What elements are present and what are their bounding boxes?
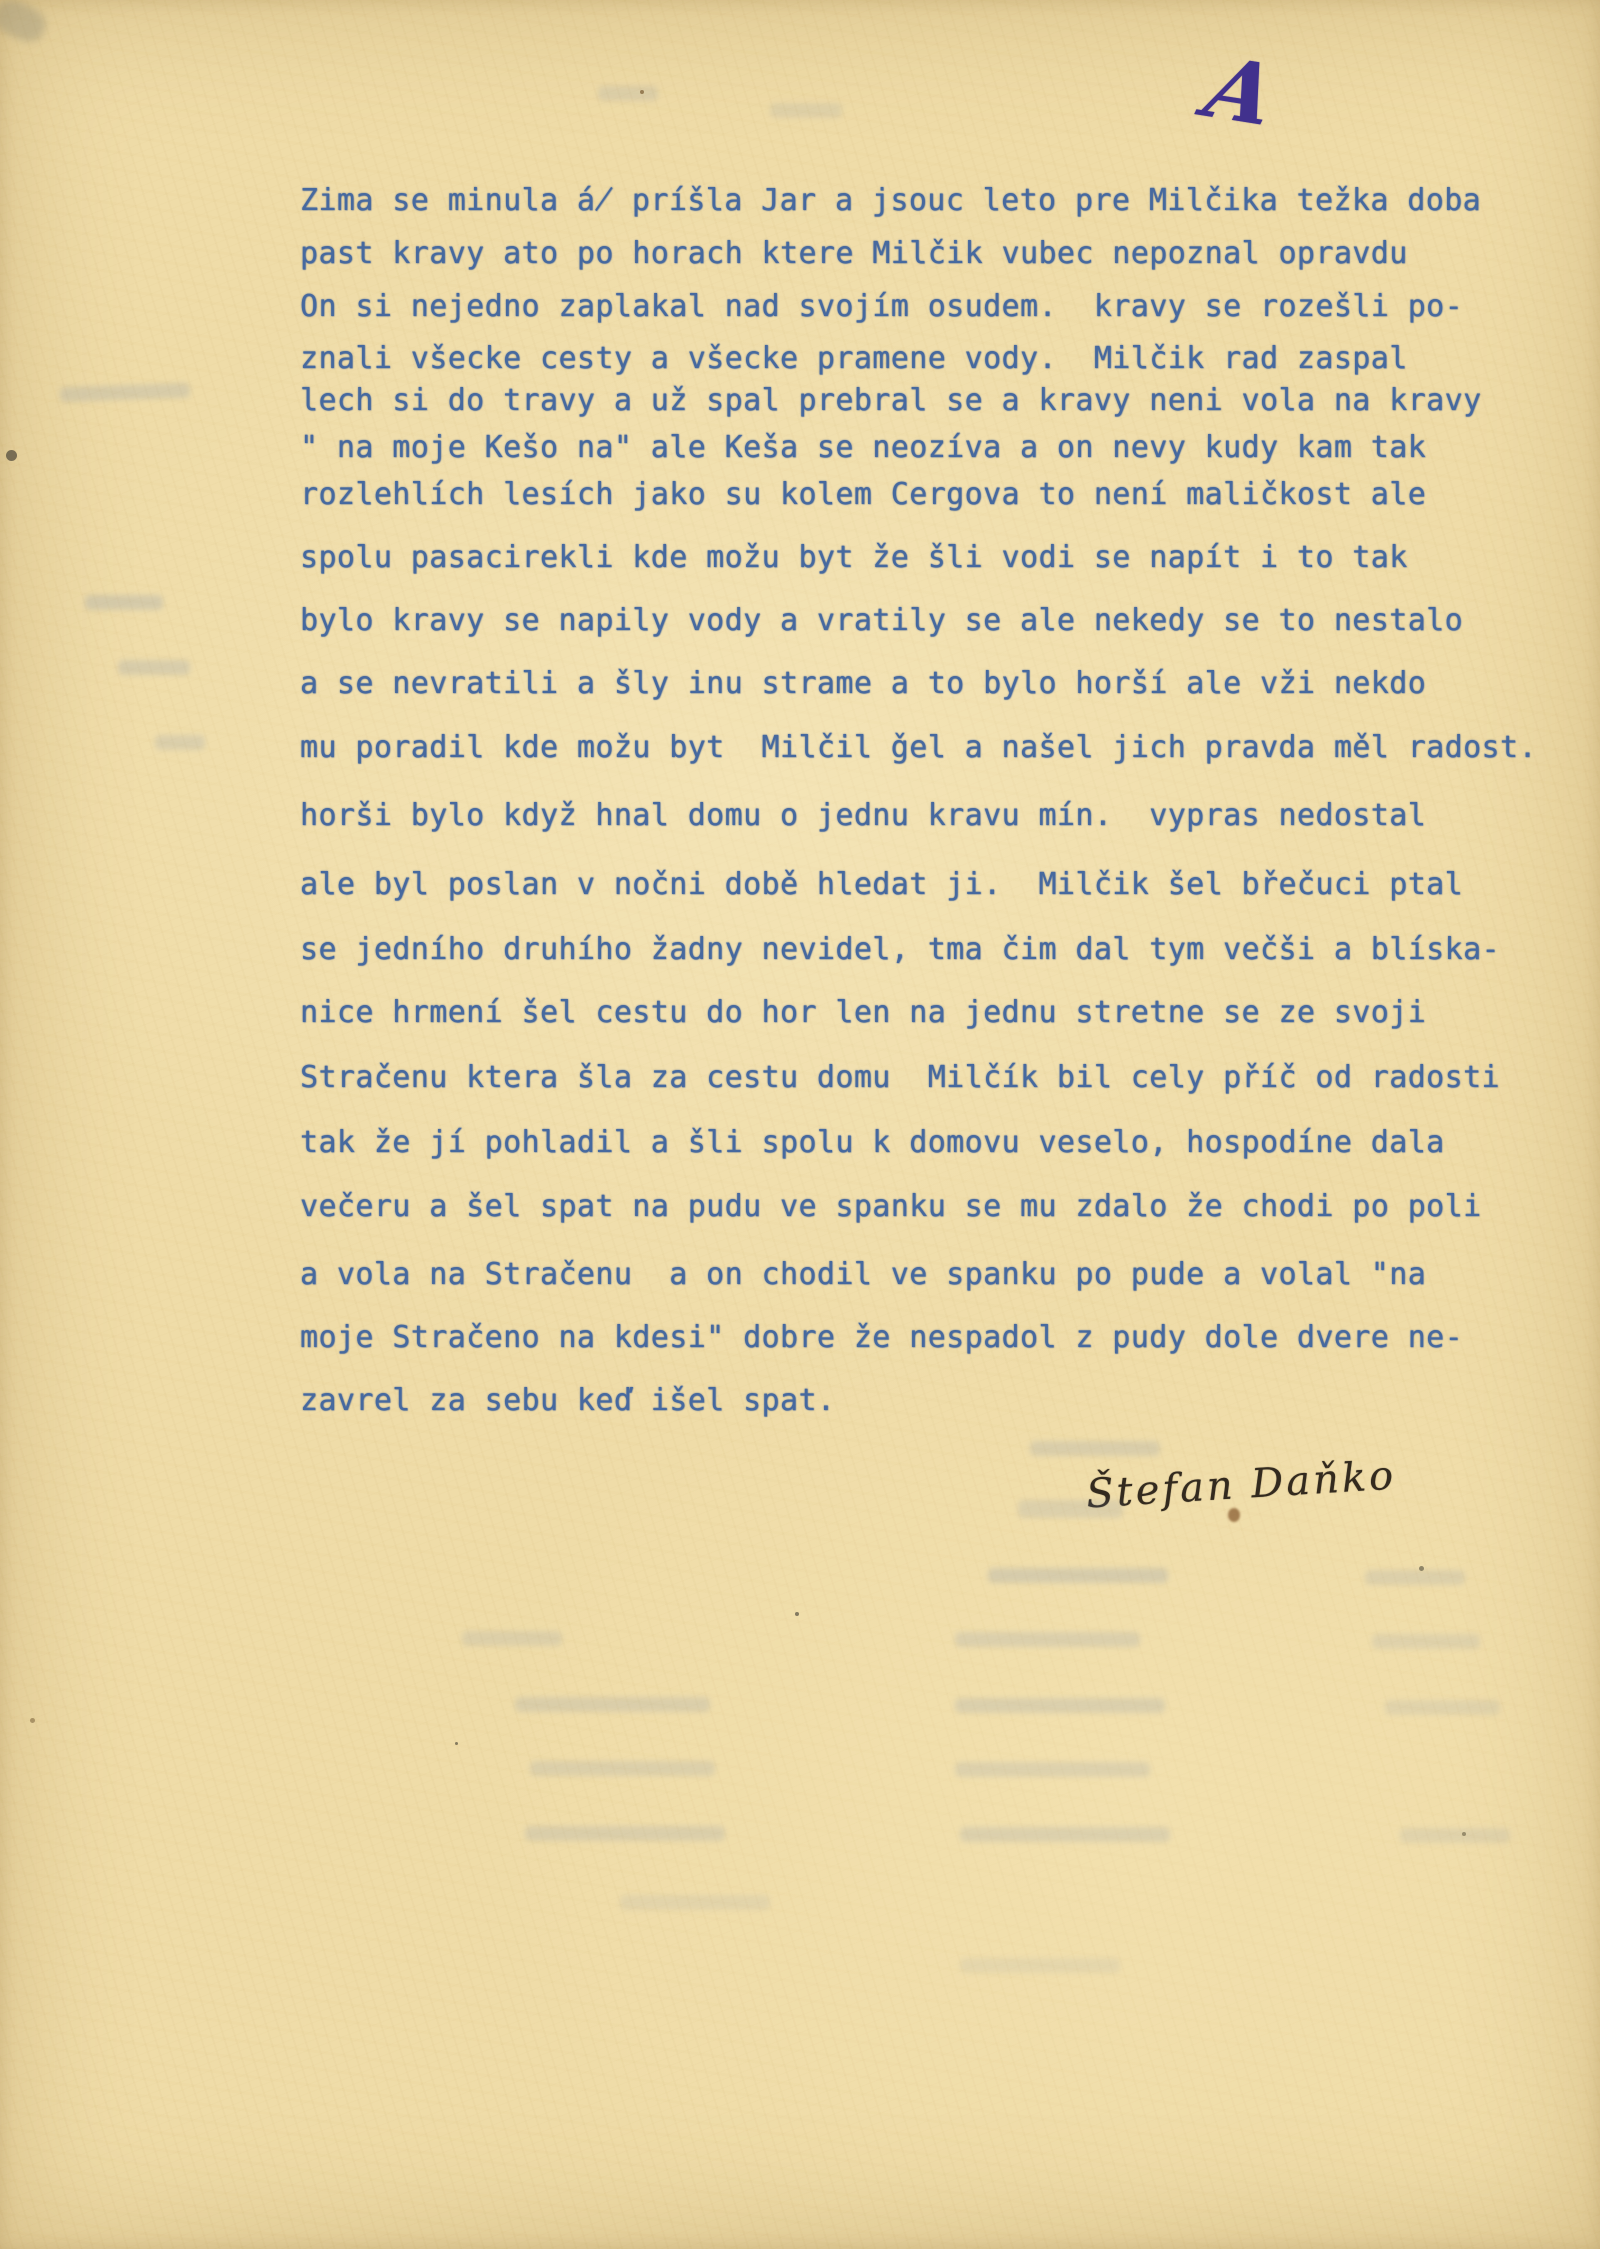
ink-smudge xyxy=(462,1631,562,1646)
signature: Štefan Daňko xyxy=(1085,1453,1398,1518)
typed-line: lech si do travy a už spal prebral se a … xyxy=(300,384,1482,418)
ink-smudge xyxy=(1372,1634,1480,1649)
typed-line: " na moje Kešo na" ale Keša se neozíva a… xyxy=(300,431,1426,465)
typed-line: večeru a šel spat na pudu ve spanku se m… xyxy=(300,1190,1482,1224)
ink-smudge xyxy=(955,1762,1150,1777)
ink-smudge xyxy=(955,1698,1165,1713)
typed-line: past kravy ato po horach ktere Milčik vu… xyxy=(300,237,1408,271)
ink-smudge xyxy=(960,1827,1170,1842)
ink-smudge xyxy=(620,1895,770,1910)
ink-smudge xyxy=(1385,1700,1500,1715)
typed-line: nice hrmení šel cestu do hor len na jedn… xyxy=(300,996,1426,1030)
paper-speck xyxy=(640,90,644,94)
typed-line: horši bylo když hnal domu o jednu kravu … xyxy=(300,799,1426,833)
ink-smudge xyxy=(960,1958,1120,1973)
ink-smudge xyxy=(988,1568,1168,1583)
paper-speck xyxy=(1419,1566,1424,1571)
typed-line: On si nejedno zaplakal nad svojím osudem… xyxy=(300,290,1463,324)
ink-smudge xyxy=(955,1632,1140,1647)
ink-smudge xyxy=(118,660,190,675)
ink-smudge xyxy=(1365,1570,1465,1585)
ink-smudge xyxy=(60,383,190,403)
typed-line: tak že jí pohladil a šli spolu k domovu … xyxy=(300,1126,1445,1160)
paper-speck xyxy=(30,1718,35,1723)
typed-line: a se nevratili a šly inu strame a to byl… xyxy=(300,667,1426,701)
paper-speck xyxy=(1228,1508,1240,1522)
corner-smudge xyxy=(0,0,51,47)
ink-smudge xyxy=(530,1761,715,1776)
ink-smudge xyxy=(155,735,205,750)
typed-line: mu poradil kde možu byt Milčil ǧel a naš… xyxy=(300,731,1537,765)
ink-smudge xyxy=(598,86,658,101)
typed-line: a vola na Stračenu a on chodil ve spanku… xyxy=(300,1258,1426,1292)
typed-line: se jedního druhího žadny nevidel, tma či… xyxy=(300,933,1500,967)
typed-line: zavrel za sebu keď išel spat. xyxy=(300,1384,835,1418)
typed-line: ale byl poslan v nočni době hledat ji. M… xyxy=(300,868,1463,902)
paper-speck xyxy=(455,1742,458,1745)
paper-speck xyxy=(6,450,17,461)
ink-smudge xyxy=(515,1697,710,1712)
typed-line: rozlehlích lesích jako su kolem Cergova … xyxy=(300,478,1426,512)
ink-smudge xyxy=(1018,1500,1123,1518)
typed-line: znali všecke cesty a všecke pramene vody… xyxy=(300,342,1408,376)
handwritten-annotation-mark: A xyxy=(1196,38,1286,144)
typed-line: Zima se minula á̸ príšla Jar a jsouc let… xyxy=(300,184,1481,218)
ink-smudge xyxy=(1030,1441,1160,1456)
ink-smudge xyxy=(85,595,163,610)
paper-speck xyxy=(1462,1832,1466,1836)
typed-line: Stračenu ktera šla za cestu domu Milčík … xyxy=(300,1061,1500,1095)
paper-speck xyxy=(795,1612,799,1616)
ink-smudge xyxy=(770,103,842,118)
typed-line: bylo kravy se napily vody a vratily se a… xyxy=(300,604,1463,638)
ink-smudge xyxy=(525,1826,725,1841)
typed-line: spolu pasacirekli kde možu byt že šli vo… xyxy=(300,541,1408,575)
document-page: A Zima se minula á̸ príšla Jar a jsouc l… xyxy=(0,0,1600,2249)
typed-line: moje Stračeno na kdesi" dobre že nespado… xyxy=(300,1321,1463,1355)
ink-smudge xyxy=(1400,1828,1510,1843)
